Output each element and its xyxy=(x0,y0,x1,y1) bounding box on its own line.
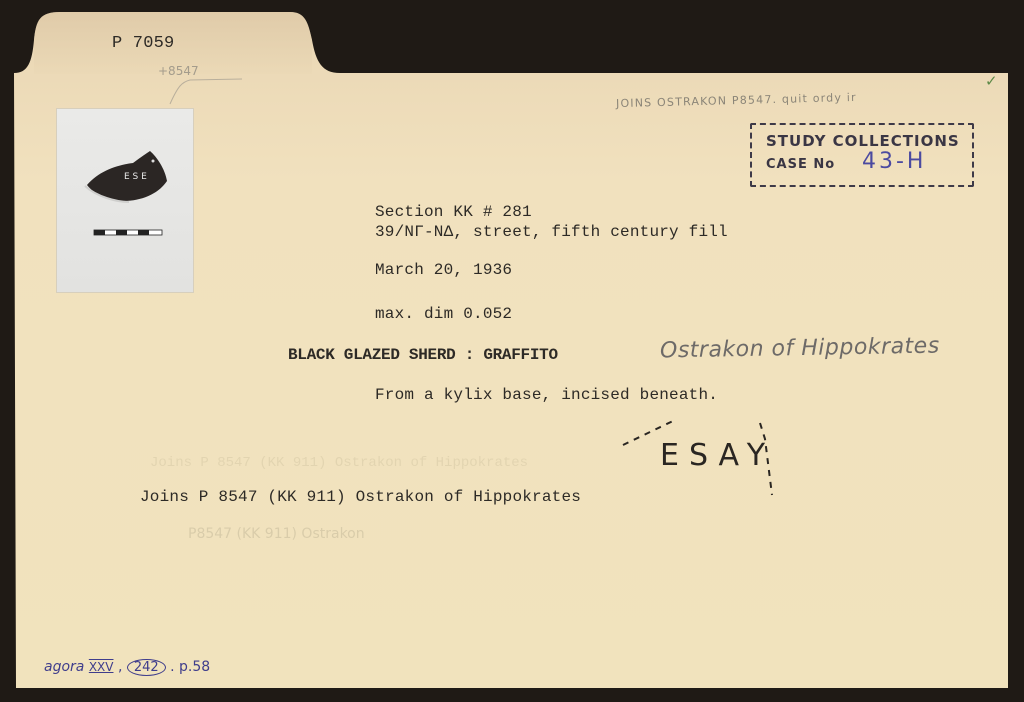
handwritten-title: Ostrakon of Hippokrates xyxy=(660,334,940,364)
tab-pencil-note: +8547 xyxy=(158,64,199,78)
stamp-case-number: 43-H xyxy=(862,149,926,174)
reference-page: p.58 xyxy=(179,659,210,675)
section-line: Section KK # 281 xyxy=(375,203,532,221)
date-line: March 20, 1936 xyxy=(375,261,512,279)
location-line: 39/NΓ-NΔ, street, fifth century fill xyxy=(375,223,728,241)
publication-reference: agora XXV , 242 . p.58 xyxy=(44,659,210,676)
graffito-letters: ESAY xyxy=(660,438,775,473)
graffito-drawing: ESAY xyxy=(620,415,790,500)
reference-series: agora xyxy=(44,659,84,675)
joins-line: Joins P 8547 (KK 911) Ostrakon of Hippok… xyxy=(140,488,581,506)
reference-volume: XXV xyxy=(89,660,114,674)
ghost-pencil-line: P8547 (KK 911) Ostrakon xyxy=(188,526,365,542)
sherd-photo: E S E xyxy=(57,109,193,292)
ghost-typed-line: Joins P 8547 (KK 911) Ostrakon of Hippok… xyxy=(150,455,528,471)
dimension-line: max. dim 0.052 xyxy=(375,305,512,323)
sherd-image-icon: E S E xyxy=(57,109,193,292)
stamp-case-label: CASE No xyxy=(766,157,835,172)
stamp-title: STUDY COLLECTIONS xyxy=(766,132,960,150)
svg-text:E S E: E S E xyxy=(124,172,147,182)
description-line: From a kylix base, incised beneath. xyxy=(375,386,718,404)
object-title: BLACK GLAZED SHERD : GRAFFITO xyxy=(288,346,558,364)
study-collections-stamp: STUDY COLLECTIONS CASE No 43-H xyxy=(750,123,974,187)
reference-number: 242 xyxy=(127,659,166,676)
check-mark-icon: ✓ xyxy=(985,72,998,90)
catalog-number: P 7059 xyxy=(112,34,174,53)
